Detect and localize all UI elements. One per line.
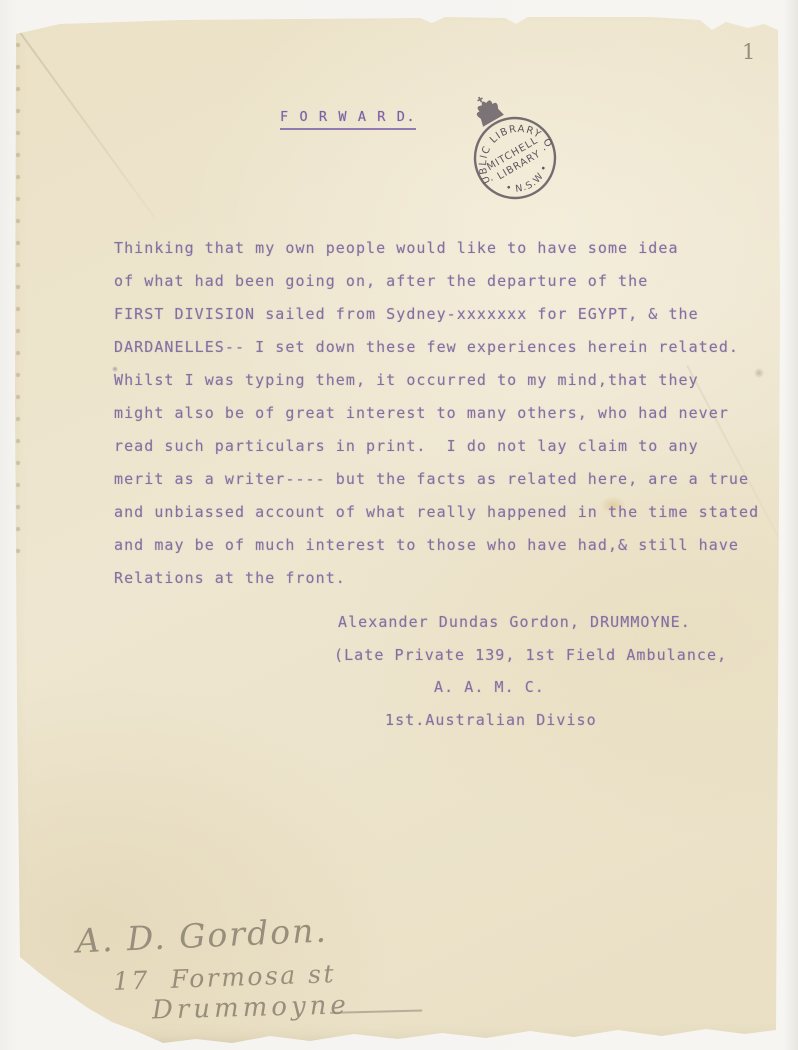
typed-line: might also be of great interest to many … xyxy=(114,397,759,430)
signature-line-corps: A. A. M. C. xyxy=(434,671,727,704)
pencil-flourish xyxy=(330,1004,422,1013)
left-deckle-edge xyxy=(13,34,23,564)
library-stamp: PUBLIC LIBRARY OF • N.S.W • MITCHELL · L… xyxy=(456,86,574,218)
handwriting-line-street: 17 Formosa st xyxy=(113,959,337,996)
typed-line: Relations at the front. xyxy=(114,562,759,595)
typed-line: merit as a writer---- but the facts as r… xyxy=(114,463,759,496)
typed-line: of what had been going on, after the dep… xyxy=(114,265,759,298)
typed-line: Thinking that my own people would like t… xyxy=(114,232,759,265)
folio-number: 1 xyxy=(742,40,755,64)
typed-line: Whilst I was typing them, it occurred to… xyxy=(114,364,759,397)
body-paragraph: Thinking that my own people would like t… xyxy=(114,232,759,595)
signature-block: Alexander Dundas Gordon, DRUMMOYNE. (Lat… xyxy=(338,606,727,736)
typed-line: and unbiassed account of what really hap… xyxy=(114,496,759,529)
typed-line: and may be of much interest to those who… xyxy=(114,529,759,562)
handwriting-line-name: A. D. Gordon. xyxy=(75,911,328,961)
typed-line: FIRST DIVISION sailed from Sydney-xxxxxx… xyxy=(114,298,759,331)
document-page: 1 F O R W A R D. PUBLIC LIBRARY OF • N.S… xyxy=(0,0,798,1050)
typed-line: DARDANELLES-- I set down these few exper… xyxy=(114,331,759,364)
fold-crease-top-left xyxy=(16,28,156,219)
typed-line: read such particulars in print. I do not… xyxy=(114,430,759,463)
scanned-page-backdrop: 1 F O R W A R D. PUBLIC LIBRARY OF • N.S… xyxy=(0,0,798,1050)
handwriting-line-suburb: Drummoyne xyxy=(152,988,423,1025)
page-title: F O R W A R D. xyxy=(280,109,416,130)
handwriting-suburb-text: Drummoyne xyxy=(152,990,351,1025)
signature-line-division: 1st.Australian Diviso xyxy=(385,704,727,737)
signature-line-rank: (Late Private 139, 1st Field Ambulance, xyxy=(334,639,727,672)
signature-line-name: Alexander Dundas Gordon, DRUMMOYNE. xyxy=(338,606,727,639)
